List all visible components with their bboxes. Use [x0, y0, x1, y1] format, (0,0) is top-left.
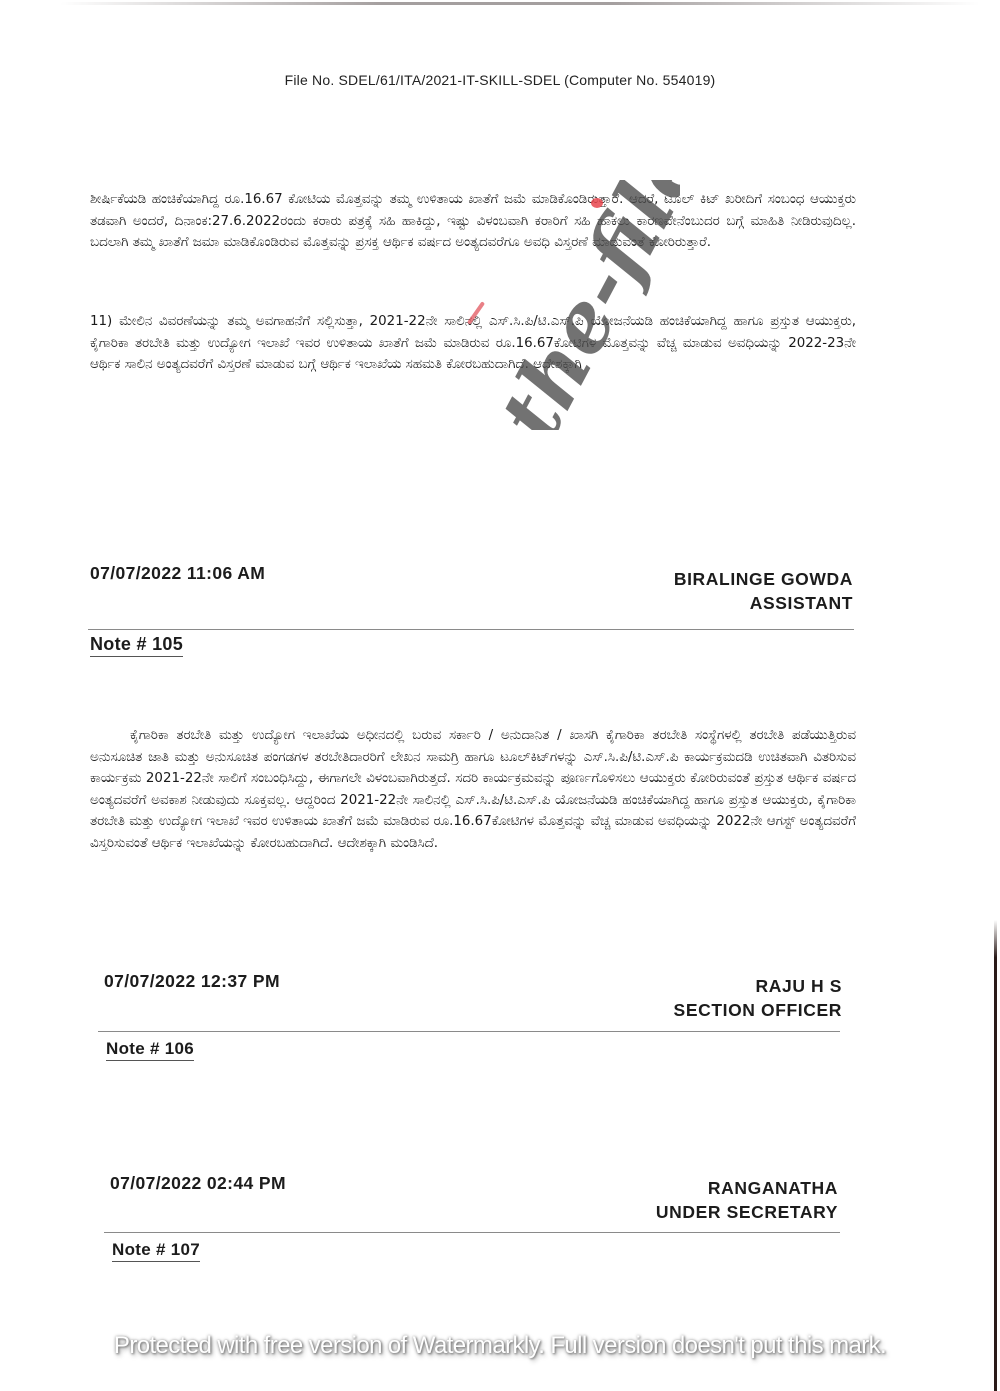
- note-number: Note # 107: [112, 1240, 200, 1262]
- divider: [88, 629, 854, 630]
- signer-name: BIRALINGE GOWDA: [674, 567, 853, 591]
- signer-name: RANGANATHA: [656, 1176, 838, 1200]
- note-number: Note # 105: [90, 634, 183, 657]
- signer-block: BIRALINGE GOWDA ASSISTANT: [674, 567, 853, 615]
- paper-right-edge: [994, 920, 997, 1391]
- signer-block: RAJU H S SECTION OFFICER: [674, 974, 842, 1022]
- note-number: Note # 106: [106, 1039, 194, 1061]
- red-ink-mark: [591, 198, 603, 208]
- entry-timestamp: 07/07/2022 11:06 AM: [90, 563, 265, 584]
- signer-title: ASSISTANT: [674, 591, 853, 615]
- entry-timestamp: 07/07/2022 02:44 PM: [110, 1173, 286, 1194]
- signer-title: SECTION OFFICER: [674, 998, 842, 1022]
- continuation-paragraph-2: 11) ಮೇಲಿನ ವಿವರಣೆಯನ್ನು ತಮ್ಮ ಅವಗಾಹನೆಗೆ ಸಲ್…: [90, 311, 856, 376]
- signer-title: UNDER SECRETARY: [656, 1200, 838, 1224]
- note-body: ಕೈಗಾರಿಕಾ ತರಬೇತಿ ಮತ್ತು ಉದ್ಯೋಗ ಇಲಾಖೆಯ ಅಧೀನ…: [90, 725, 856, 854]
- entry-timestamp: 07/07/2022 12:37 PM: [104, 971, 280, 992]
- divider: [104, 1232, 840, 1233]
- continuation-paragraph-1: ಶೀರ್ಷಿಕೆಯಡಿ ಹಂಚಿಕೆಯಾಗಿದ್ದ ರೂ.16.67 ಕೋಟಿಯ…: [90, 189, 856, 254]
- signer-name: RAJU H S: [674, 974, 842, 998]
- divider: [98, 1031, 840, 1032]
- footer-watermark: Protected with free version of Watermark…: [0, 1332, 1000, 1360]
- signer-block: RANGANATHA UNDER SECRETARY: [656, 1176, 838, 1224]
- file-number-header: File No. SDEL/61/ITA/2021-IT-SKILL-SDEL …: [0, 72, 1000, 88]
- paper-top-edge: [60, 2, 980, 5]
